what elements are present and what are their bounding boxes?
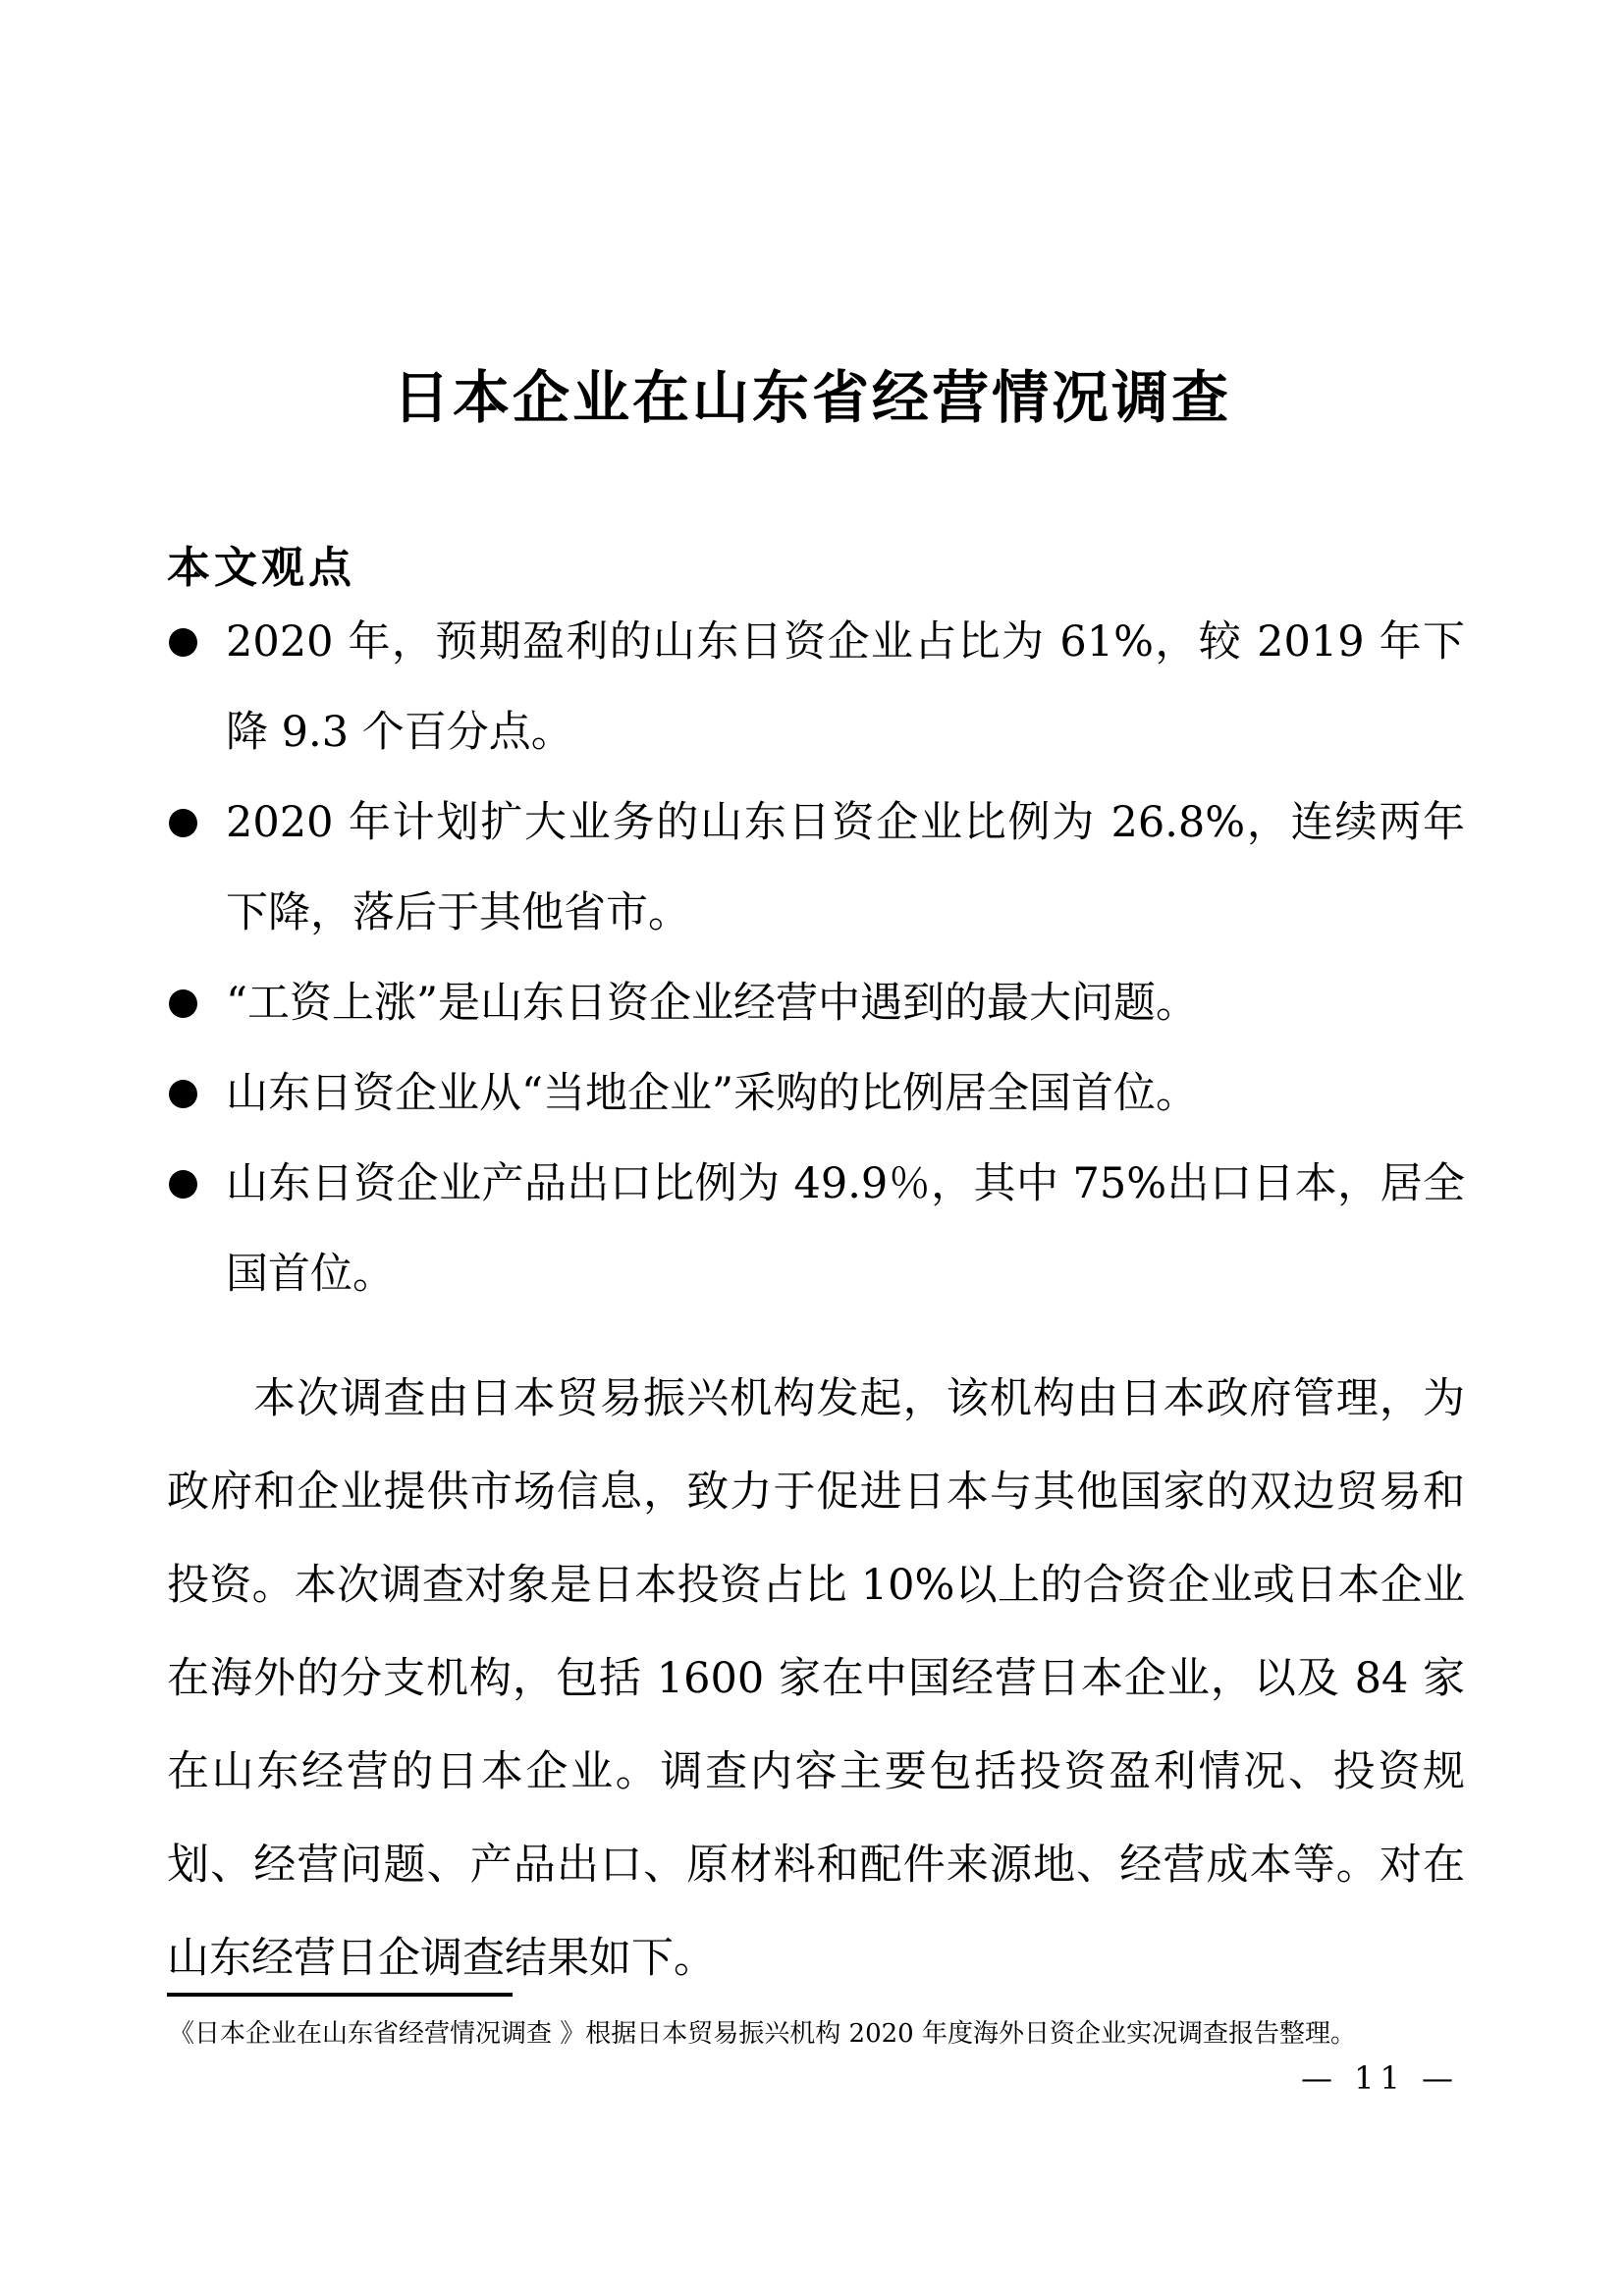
bullet-item: 2020 年，预期盈利的山东日资企业占比为 61%，较 2019 年下降 9.3… [167,597,1465,777]
bullet-dot-icon [169,1170,197,1199]
page-title: 日本企业在山东省经营情况调查 [0,351,1624,434]
footnote-text: 《日本企业在山东省经营情况调查 》根据日本贸易振兴机构 2020 年度海外日资企… [169,2014,1475,2054]
bullet-text: 2020 年，预期盈利的山东日资企业占比为 61%，较 2019 年下降 9.3… [226,617,1465,757]
bullet-item: 山东日资企业产品出口比例为 49.9％，其中 75%出口日本，居全国首位。 [167,1139,1465,1319]
footnote-divider [167,1993,513,1997]
bullet-item: 2020 年计划扩大业务的山东日资企业比例为 26.8%，连续两年下降，落后于其… [167,777,1465,958]
bullet-item: 山东日资企业从“当地企业”采购的比例居全国首位。 [167,1048,1465,1139]
bullet-dot-icon [169,628,197,657]
bullet-dot-icon [169,1080,197,1108]
bullet-text: 2020 年计划扩大业务的山东日资企业比例为 26.8%，连续两年下降，落后于其… [226,798,1465,937]
body-paragraph: 本次调查由日本贸易振兴机构发起，该机构由日本政府管理，为政府和企业提供市场信息，… [167,1353,1465,2005]
bullet-text: 山东日资企业从“当地企业”采购的比例居全国首位。 [226,1069,1198,1118]
bullet-text: “工资上涨”是山东日资企业经营中遇到的最大问题。 [226,979,1198,1028]
page-number: — 11 — [1301,2059,1459,2097]
key-points-list: 2020 年，预期盈利的山东日资企业占比为 61%，较 2019 年下降 9.3… [167,597,1465,1319]
bullet-item: “工资上涨”是山东日资企业经营中遇到的最大问题。 [167,958,1465,1048]
bullet-text: 山东日资企业产品出口比例为 49.9％，其中 75%出口日本，居全国首位。 [226,1159,1465,1299]
section-heading: 本文观点 [167,532,355,595]
bullet-dot-icon [169,989,197,1018]
document-page: { "page": { "title": "日本企业在山东省经营情况调查", "… [0,0,1624,2296]
bullet-dot-icon [169,809,197,837]
